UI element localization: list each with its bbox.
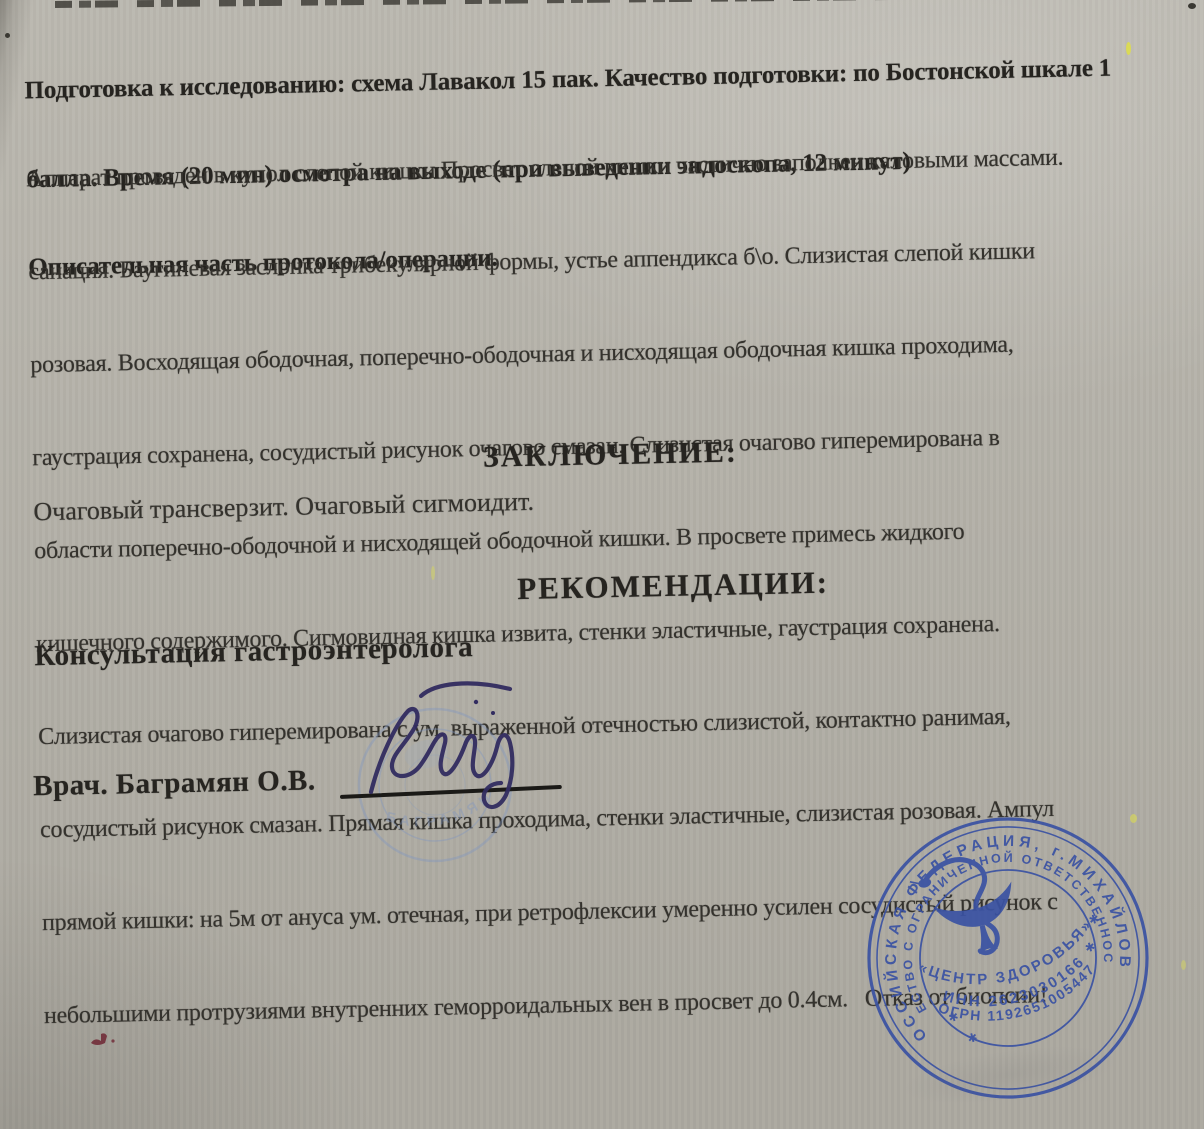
- paper-speck: [1130, 814, 1137, 823]
- paper-speck: [1126, 42, 1131, 55]
- doctor-name-label: Врач. Баграмян О.В.: [33, 764, 316, 803]
- body-line: Аппарат проведен в купол слепой кишки Пр…: [26, 143, 1063, 196]
- signature-stroke: [371, 709, 512, 807]
- signature-flourish: [421, 683, 510, 696]
- doctor-signature: [335, 655, 565, 845]
- body-line: розовая. Восходящая ободочная, поперечно…: [30, 329, 1067, 382]
- body-line: санация. Баугиневая заслонка трибекулярн…: [28, 236, 1065, 289]
- scanned-medical-report: { "page": { "header_lines": [ "Подготовк…: [0, 0, 1204, 1129]
- paper-speck: [1181, 960, 1186, 970]
- stamp-star: ✱: [966, 1030, 979, 1046]
- red-ink-mark: [88, 1030, 118, 1050]
- paper-speck: [431, 566, 435, 580]
